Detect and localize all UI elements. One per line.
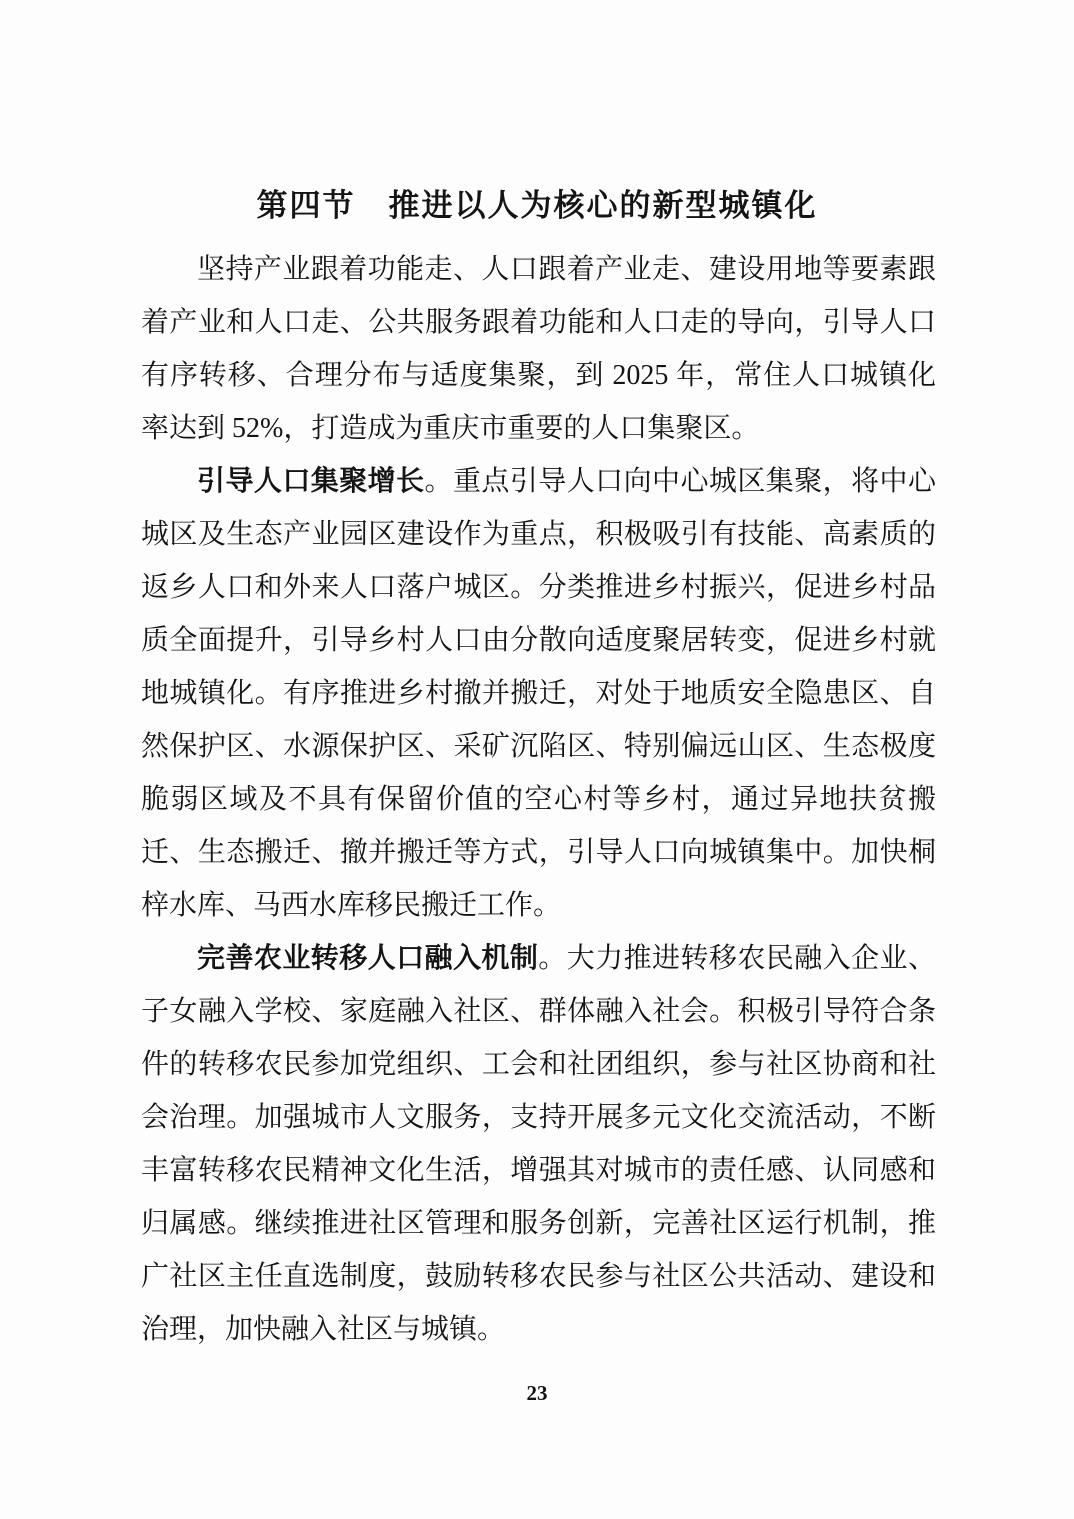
paragraph-population-agglomeration: 引导人口集聚增长。重点引导人口向中心城区集聚，将中心城区及生态产业园区建设作为重… [141,455,936,932]
paragraph-text: 。重点引导人口向中心城区集聚，将中心城区及生态产业园区建设作为重点，积极吸引有技… [141,466,936,921]
paragraph-text: 。大力推进转移农民融入企业、子女融入学校、家庭融入社区、群体融入社会。积极引导符… [141,943,936,1345]
bold-lead-in: 完善农业转移人口融入机制 [197,943,538,974]
year-number: 2025 [612,360,668,391]
document-page: 第四节 推进以人为核心的新型城镇化 坚持产业跟着功能走、人口跟着产业走、建设用地… [0,0,1074,1519]
page-number: 23 [0,1380,1074,1406]
paragraph-overview: 坚持产业跟着功能走、人口跟着产业走、建设用地等要素跟着产业和人口走、公共服务跟着… [141,243,936,455]
paragraph-text: ，打造成为重庆市重要的人口集聚区。 [283,413,759,444]
paragraph-migrant-integration: 完善农业转移人口融入机制。大力推进转移农民融入企业、子女融入学校、家庭融入社区、… [141,932,936,1356]
document-body: 坚持产业跟着功能走、人口跟着产业走、建设用地等要素跟着产业和人口走、公共服务跟着… [141,243,936,1356]
bold-lead-in: 引导人口集聚增长 [197,466,425,497]
urbanization-rate-number: 52% [232,413,283,444]
page-title: 第四节 推进以人为核心的新型城镇化 [0,183,1074,229]
